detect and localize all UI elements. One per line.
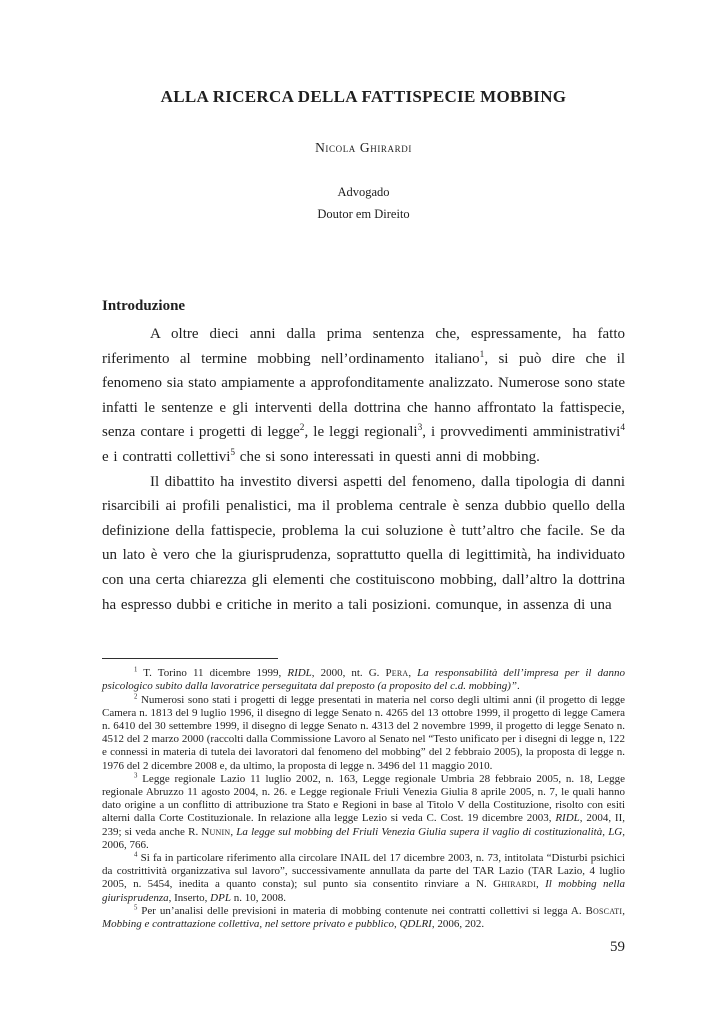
text-segment: Il dibattito ha investito diversi aspett… [102, 474, 625, 613]
text-segment: DPL [210, 892, 231, 904]
text-segment: Ghirardi [493, 878, 536, 890]
text-segment: Nunin [201, 826, 230, 838]
text-segment: Legge regionale Lazio 11 luglio 2002, n.… [102, 773, 625, 825]
text-segment: che si sono interessati in questi anni d… [235, 449, 540, 465]
section-heading-introduzione: Introduzione [102, 296, 625, 316]
footnote-separator-rule [102, 658, 278, 659]
text-segment: Numerosi sono stati i progetti di legge … [102, 694, 625, 772]
footnote-5: 5 Per un’analisi delle previsioni in mat… [102, 905, 625, 931]
text-segment: , Inserto, [169, 892, 211, 904]
author-role-doutor: Doutor em Direito [102, 206, 625, 223]
body-paragraph-1: A oltre dieci anni dalla prima sentenza … [102, 322, 625, 470]
text-segment: Boscati [586, 905, 623, 917]
text-segment: , [536, 878, 545, 890]
text-segment: RIDL [555, 812, 579, 824]
text-segment: , le leggi regionali [304, 424, 417, 440]
text-segment: RIDL [287, 667, 311, 679]
footnotes-block: 1 T. Torino 11 dicembre 1999, RIDL, 2000… [102, 667, 625, 931]
text-segment: n. 10, 2008. [231, 892, 286, 904]
text-segment: , [622, 905, 625, 917]
page-title: ALLA RICERCA DELLA FATTISPECIE MOBBING [102, 86, 625, 108]
page-number: 59 [610, 937, 625, 957]
footnote-2: 2 Numerosi sono stati i progetti di legg… [102, 694, 625, 773]
text-segment: Mobbing e contrattazione collettiva, nel… [102, 918, 394, 930]
text-segment: LG [608, 826, 622, 838]
document-page: ALLA RICERCA DELLA FATTISPECIE MOBBING N… [0, 0, 725, 1024]
text-segment: , [408, 667, 417, 679]
footnote-4: 4 Si fa in particolare riferimento alla … [102, 852, 625, 905]
body-paragraph-2: Il dibattito ha investito diversi aspett… [102, 470, 625, 618]
text-segment: QDLRI [399, 918, 431, 930]
text-segment: , 2000, nt. G. [312, 667, 386, 679]
text-segment: . [517, 680, 520, 692]
footnote-1: 1 T. Torino 11 dicembre 1999, RIDL, 2000… [102, 667, 625, 693]
text-segment: , 2006, 202. [432, 918, 484, 930]
text-segment: La legge sul mobbing del Friuli Venezia … [236, 826, 602, 838]
text-segment: , i provvedimenti amministrativi [422, 424, 620, 440]
footnote-ref: 4 [620, 423, 625, 433]
text-segment: e i contratti collettivi [102, 449, 230, 465]
text-segment: Per un’analisi delle previsioni in mater… [137, 905, 585, 917]
footnote-3: 3 Legge regionale Lazio 11 luglio 2002, … [102, 773, 625, 852]
text-segment: Pera [385, 667, 408, 679]
author-role-advogado: Advogado [102, 184, 625, 201]
text-segment: T. Torino 11 dicembre 1999, [137, 667, 287, 679]
author-name: Nicola Ghirardi [102, 139, 625, 157]
